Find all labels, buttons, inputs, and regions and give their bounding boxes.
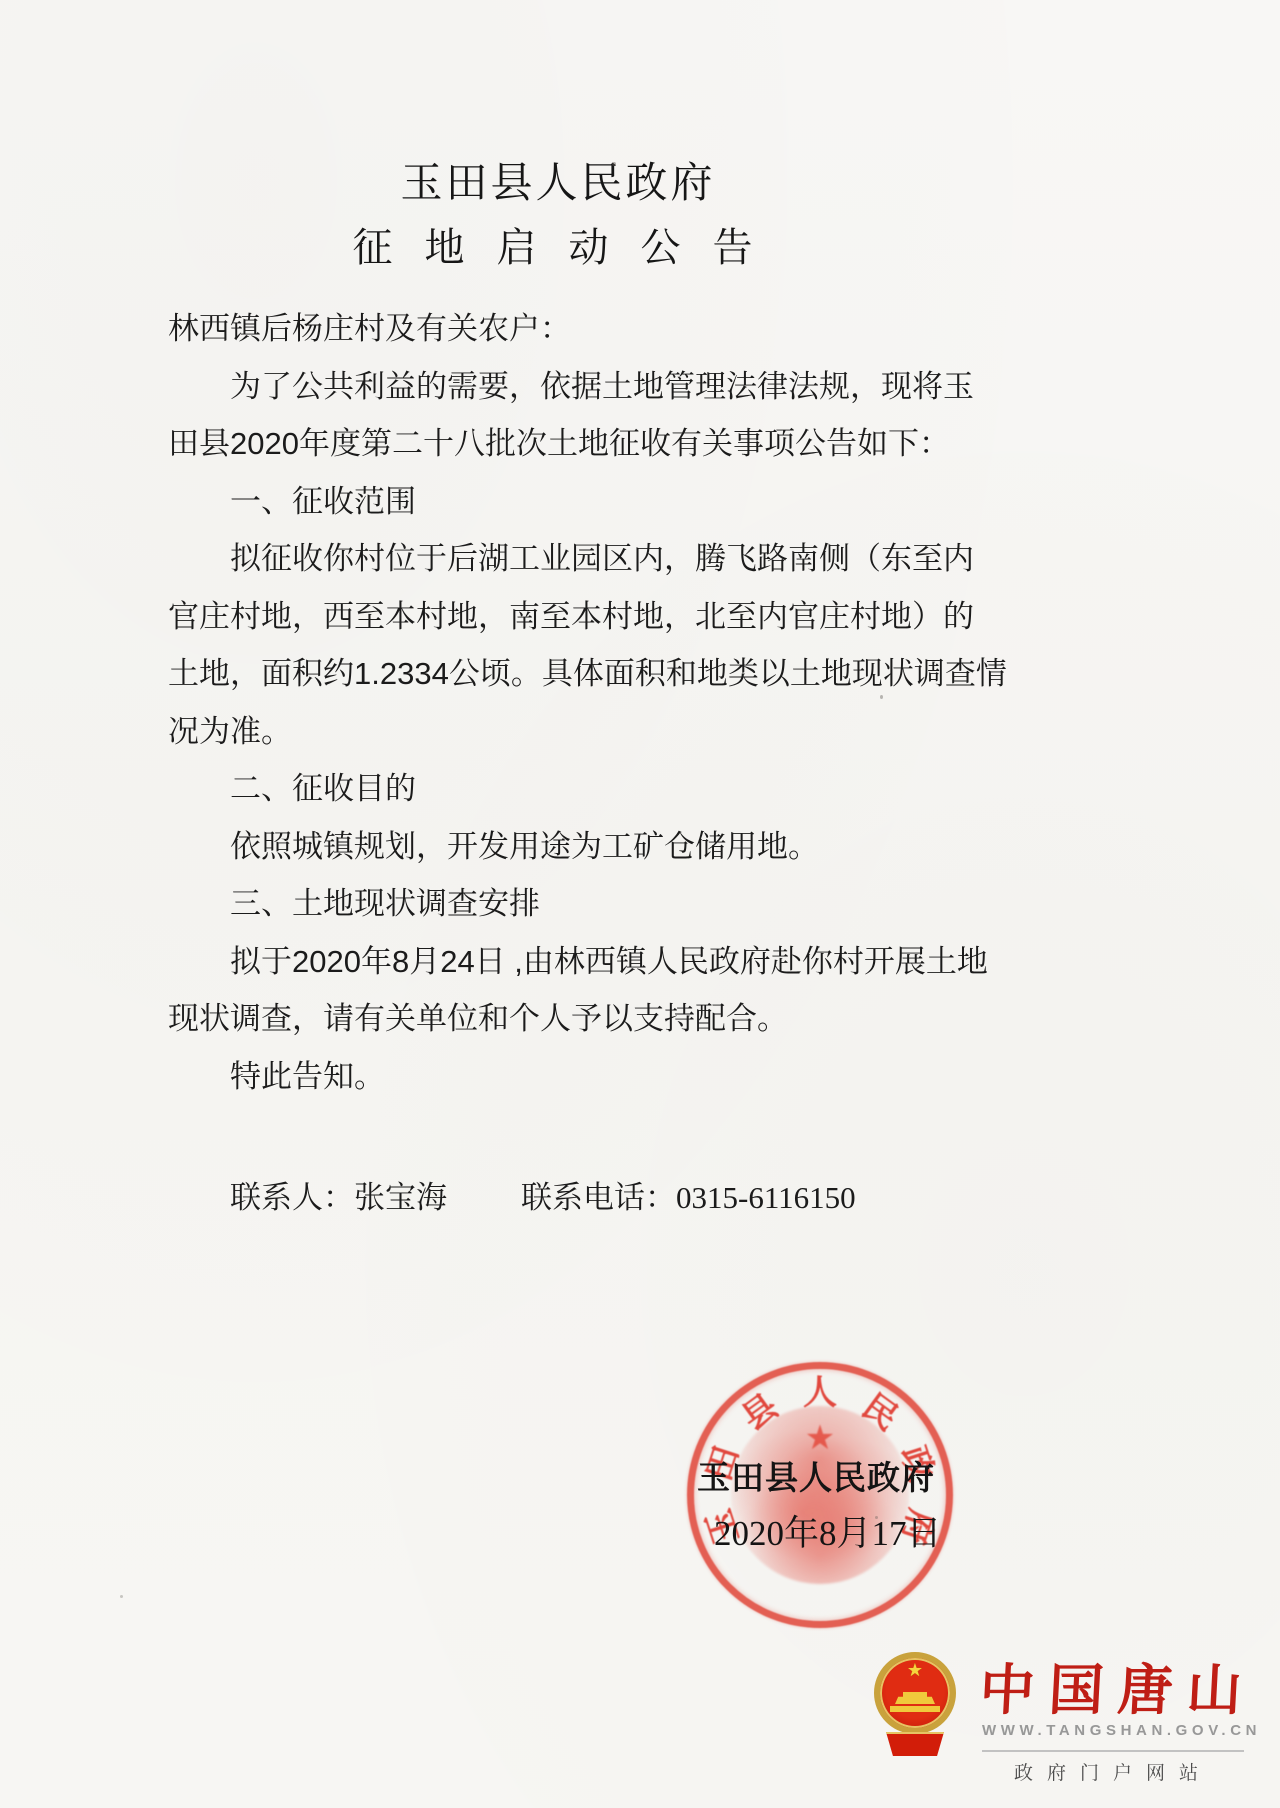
seal-arc-char: 人: [800, 1374, 840, 1414]
contact-person: 联系人：张宝海: [230, 1180, 447, 1215]
signature-date: 2020年8月17日: [714, 1506, 942, 1556]
national-emblem-icon: ★: [872, 1652, 958, 1756]
contact-phone: 联系电话：0315-6116150: [521, 1180, 856, 1215]
announcement-body: 林西镇后杨庄村及有关农户： 为了公共利益的需要，依据土地管理法律法规，现将玉 田…: [168, 300, 978, 1105]
emblem-star-icon: ★: [907, 1660, 923, 1681]
signature-authority: 玉田县人民政府: [697, 1452, 935, 1499]
salutation-line: 林西镇后杨庄村及有关农户：: [168, 300, 978, 358]
scan-speck: [880, 695, 883, 699]
body-line: 拟征收你村位于后湖工业园区内，腾飞路南侧（东至内: [168, 530, 978, 588]
closing-line: 特此告知。: [168, 1048, 978, 1106]
emblem-ribbon: [886, 1732, 944, 1756]
footer-divider: [982, 1750, 1244, 1752]
body-line: 依照城镇规划，开发用途为工矿仓储用地。: [168, 818, 978, 876]
body-line: 况为准。: [168, 703, 978, 761]
body-line: 为了公共利益的需要，依据土地管理法律法规，现将玉: [168, 358, 978, 416]
emblem-gate-base: [890, 1706, 940, 1712]
section-2-heading: 二、征收目的: [168, 760, 978, 818]
body-line: 拟于2020年8月24日 ,由林西镇人民政府赴你村开展土地: [168, 933, 978, 991]
site-url: WWW.TANGSHAN.GOV.CN: [982, 1722, 1261, 1739]
body-line: 现状调查，请有关单位和个人予以支持配合。: [168, 990, 978, 1048]
issuing-authority-title: 玉田县人民政府: [168, 150, 948, 210]
contact-info: 联系人：张宝海联系电话：0315-6116150: [230, 1172, 856, 1217]
body-line: 田县2020年度第二十八批次土地征收有关事项公告如下：: [168, 415, 978, 473]
scan-speck: [612, 162, 616, 166]
scan-speck: [875, 1516, 878, 1519]
site-brand: 中国唐山: [978, 1646, 1258, 1725]
scan-speck: [120, 1595, 123, 1598]
scanned-announcement-page: 玉田县人民政府 征 地 启 动 公 告 林西镇后杨庄村及有关农户： 为了公共利益…: [0, 0, 1280, 1808]
contact-phone-label: 联系电话：: [521, 1180, 676, 1215]
section-1-heading: 一、征收范围: [168, 473, 978, 531]
section-3-heading: 三、土地现状调查安排: [168, 875, 978, 933]
site-tagline: 政府门户网站: [1014, 1758, 1212, 1785]
announcement-title: 征 地 启 动 公 告: [168, 216, 948, 273]
contact-phone-number: 0315-6116150: [676, 1180, 856, 1215]
body-line: 土地，面积约1.2334公顷。具体面积和地类以土地现状调查情: [168, 645, 978, 703]
body-line: 官庄村地，西至本村地，南至本村地，北至内官庄村地）的: [168, 588, 978, 646]
